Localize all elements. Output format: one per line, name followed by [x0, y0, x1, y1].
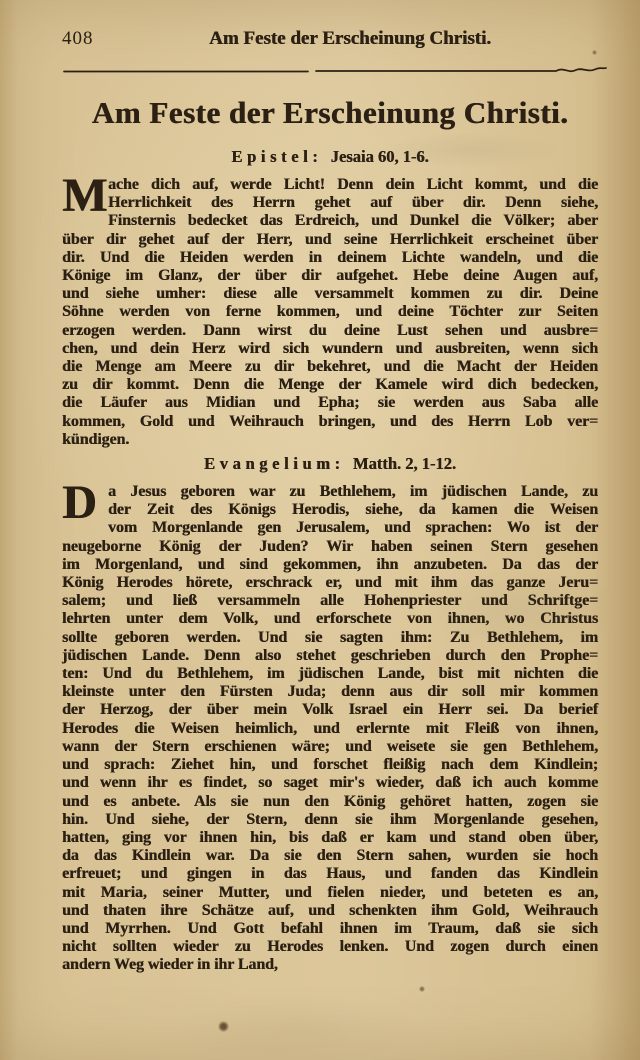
epistle-paragraph: M ache dich auf, werde Licht! Denn dein … [62, 176, 598, 449]
text-line: mit Maria, seiner Mutter, und fielen nie… [62, 884, 598, 902]
text-line: König Herodes hörete, erschrack er, und … [62, 574, 598, 592]
text-line: und es anbete. Als sie nun den König geh… [62, 793, 598, 811]
text-line: Söhne werden von ferne kommen, und deine… [62, 303, 598, 321]
text-line: hin. Und siehe, der Stern, denn sie ihm … [62, 811, 598, 829]
ink-stain [218, 1021, 229, 1032]
page-content: 408 Am Feste der Erscheinung Christi. Am… [0, 0, 640, 975]
gospel-heading: Evangelium:Matth. 2, 1-12. [62, 454, 598, 474]
epistle-heading-ref: Jesaia 60, 1-6. [331, 147, 429, 166]
text-line: neugeborne König der Juden? Wir haben se… [62, 538, 598, 556]
gospel-heading-label: Evangelium: [204, 454, 345, 473]
text-line: der Zeit des Königs Herodis, siehe, da k… [62, 501, 598, 519]
text-line: Könige im Glanz, der über dir aufgehet. … [62, 267, 598, 285]
text-line: die Läufer aus Midian und Epha; sie werd… [62, 394, 598, 412]
text-line: kündigen. [62, 431, 598, 449]
epistle-text: ache dich auf, werde Licht! Denn dein Li… [62, 176, 598, 449]
text-line: erzogen werden. Dann wirst du deine Lust… [62, 322, 598, 340]
page-title: Am Feste der Erscheinung Christi. [62, 96, 598, 130]
text-line: chen, und dein Herz wird sich wundern un… [62, 340, 598, 358]
text-line: vom Morgenlande gen Jerusalem, und sprac… [62, 519, 598, 537]
text-line: ache dich auf, werde Licht! Denn dein Li… [62, 176, 598, 194]
gospel-text: a Jesus geboren war zu Bethlehem, im jüd… [62, 483, 598, 974]
gospel-drop-cap: D [62, 484, 104, 520]
text-line: sollte geboren werden. Und sie sagten ih… [62, 629, 598, 647]
text-line: ten: Und du Bethlehem, im jüdischen Land… [62, 665, 598, 683]
text-line: Finsternis bedecket das Erdreich, und Du… [62, 212, 598, 230]
page-header: 408 Am Feste der Erscheinung Christi. [62, 28, 598, 54]
text-line: dir. Und die Heiden werden in deinem Lic… [62, 249, 598, 267]
gospel-heading-ref: Matth. 2, 1-12. [353, 454, 456, 473]
text-line: erfreuet; und gingen in das Haus, und fa… [62, 865, 598, 883]
gospel-paragraph: D a Jesus geboren war zu Bethlehem, im j… [62, 483, 598, 974]
text-line: und wenn ihr es findet, so saget mir's w… [62, 774, 598, 792]
ink-stain [419, 986, 425, 992]
text-line: da das Kindlein war. Da sie den Stern sa… [62, 847, 598, 865]
text-line: andern Weg wieder in ihr Land, [62, 956, 598, 974]
text-line: die Menge am Meere zu dir bekehret, und … [62, 358, 598, 376]
epistle-heading-label: Epistel: [231, 147, 322, 166]
text-line: nicht sollten wieder zu Herodes lenken. … [62, 938, 598, 956]
text-line: und Myrrhen. Und Gott befahl ihnen im Tr… [62, 920, 598, 938]
running-header: Am Feste der Erscheinung Christi. [132, 28, 598, 50]
book-page: 408 Am Feste der Erscheinung Christi. Am… [0, 0, 640, 1060]
text-line: a Jesus geboren war zu Bethlehem, im jüd… [62, 483, 598, 501]
epistle-heading: Epistel:Jesaia 60, 1-6. [62, 147, 598, 167]
text-line: der Herzog, der über mein Volk Israel ei… [62, 701, 598, 719]
header-rule-line [62, 65, 608, 77]
page-number: 408 [62, 28, 132, 50]
text-line: Herodes die Weisen heimlich, und erlernt… [62, 720, 598, 738]
text-line: über dir gehet auf der Herr, und seine H… [62, 231, 598, 249]
text-line: jüdischen Lande. Denn also stehet geschr… [62, 647, 598, 665]
text-line: und thaten ihre Schätze auf, und schenkt… [62, 902, 598, 920]
text-line: und sprach: Ziehet hin, und forschet fle… [62, 756, 598, 774]
text-line: Herrlichkeit des Herrn gehet auf über di… [62, 194, 598, 212]
text-line: lehrten unter dem Volk, und erforschete … [62, 610, 598, 628]
text-line: im Morgenland, und sind gekommen, ihn an… [62, 556, 598, 574]
text-line: wann der Stern erschienen wäre; und weis… [62, 738, 598, 756]
text-line: hatten, ging vor ihnen hin, bis daß er k… [62, 829, 598, 847]
epistle-drop-cap: M [62, 177, 104, 213]
header-rule [62, 64, 598, 76]
text-line: zu dir kommt. Denn die Menge der Kamele … [62, 376, 598, 394]
text-line: und siehe umher: diese alle versammelt k… [62, 285, 598, 303]
text-line: kommen, Gold und Weihrauch bringen, und … [62, 413, 598, 431]
text-line: salem; und ließ versammeln alle Hohenpri… [62, 592, 598, 610]
text-line: kleinste unter den Fürsten Juda; denn au… [62, 683, 598, 701]
